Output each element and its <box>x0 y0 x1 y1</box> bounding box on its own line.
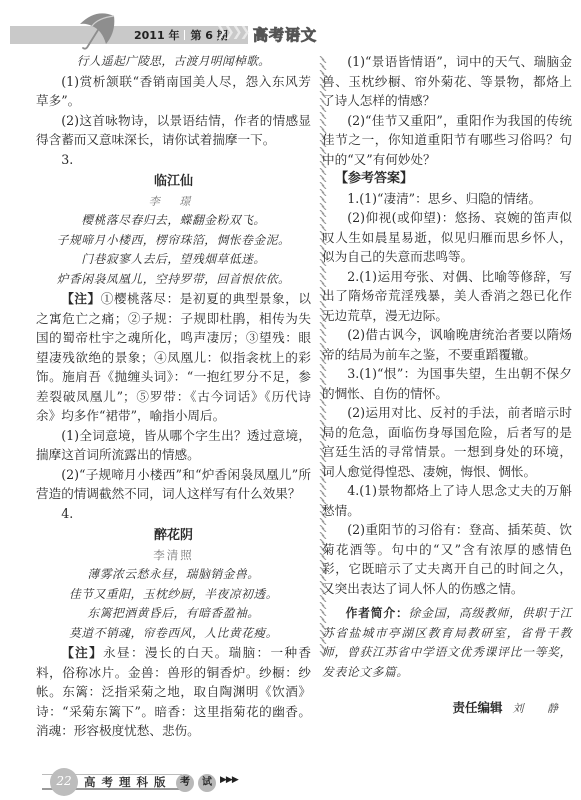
right-column: (1)“景语皆情语”，词中的天气、瑞脑金兽、玉枕纱橱、帘外菊花、等景物，都烙上了… <box>322 52 572 719</box>
poem-title: 醉花阴 <box>36 526 311 546</box>
poem-line: 莫道不销魂，帘卷西风，人比黄花瘦。 <box>36 624 311 644</box>
question-text: (2)“佳节又重阳”，重阳作为我国的传统佳节之一，你知道重阳节有哪些习俗吗？句中… <box>322 111 572 170</box>
answer-item: (2)运用对比、反衬的手法，前者暗示时局的危急，面临伤身辱国危险，后者写的是宫廷… <box>322 403 572 481</box>
question-text: (1)“景语皆情语”，词中的天气、瑞脑金兽、玉枕纱橱、帘外菊花、等景物，都烙上了… <box>322 52 572 111</box>
answer-item: (2)仰视(或仰望)：悠扬、哀婉的笛声似叹人生如晨星易逝，似见归雁而思乡怀人，似… <box>322 208 572 267</box>
poem-line: 薄雾浓云愁永昼，瑞脑销金兽。 <box>36 565 311 585</box>
note-tag: 【注】 <box>61 645 103 660</box>
answer-item: (2)借古讽今，讽喻晚唐统治者要以隋炀帝的结局为前车之鉴，不要重蹈覆辙。 <box>322 325 572 364</box>
chevrons-icon: ❯❯❯❯ <box>216 25 248 40</box>
answer-item: 4.(1)景物都烙上了诗人思念丈夫的万斛愁情。 <box>322 481 572 520</box>
answer-item: (2)重阳节的习俗有：登高、插茱萸、饮菊花酒等。句中的“又”含有浓厚的感情色彩，… <box>322 520 572 598</box>
issue-label: 2011 年第 6 期 <box>134 27 228 43</box>
magazine-title: 高考语文 <box>253 24 317 45</box>
poem-line: 佳节又重阳，玉枕纱厨，半夜凉初透。 <box>36 585 311 605</box>
badge-kao: 考 <box>176 774 194 792</box>
note-text: ①樱桃落尽：是初夏的典型景象，以之寓危亡之痛；②子规：子规即杜鹃，相传为失国的蜀… <box>36 291 311 423</box>
answer-item: 1.(1)“凄清”：思乡、归隐的情绪。 <box>322 189 572 209</box>
question-text: (2)这首咏物诗，以景语结情，作者的情感显得含蓄而又意味深长，请你试着揣摩一下。 <box>36 111 311 150</box>
issue-separator <box>184 30 185 40</box>
poem-line: 行人遥起广陵思，古渡月明闻棹歌。 <box>36 52 311 72</box>
editor-name: 刘 静 <box>513 702 569 715</box>
arrows-icon: ▶▶▶ <box>220 775 238 785</box>
issue-year: 2011 年 <box>134 29 179 42</box>
poem-title: 临江仙 <box>36 172 311 192</box>
answer-item: 3.(1)“恨”：为国事失望，生出朝不保夕的惆怅、自伤的情怀。 <box>322 364 572 403</box>
question-text: (2)“子规啼月小楼西”和“炉香闲袅凤凰儿”所营造的情调截然不同，词人这样写有什… <box>36 465 311 504</box>
poem-author: 李 璟 <box>36 192 311 212</box>
answers-heading: 【参考答案】 <box>322 169 572 189</box>
badge-shi: 试 <box>198 774 216 792</box>
question-text: (1)全词意境，皆从哪个字生出？透过意境，揣摩这首词所流露出的情感。 <box>36 426 311 465</box>
poem-line: 东篱把酒黄昏后，有暗香盈袖。 <box>36 604 311 624</box>
annotation: 【注】永昼：漫长的白天。瑞脑：一种香料，俗称冰片。金兽：兽形的铜香炉。纱橱：纱帐… <box>36 643 311 741</box>
poem-line: 炉香闲袅凤凰儿，空持罗带，回首恨依依。 <box>36 270 311 290</box>
item-number: 4. <box>36 504 311 524</box>
item-number: 3. <box>36 150 311 170</box>
left-column: 行人遥起广陵思，古渡月明闻棹歌。 (1)赏析颔联“香销南国美人尽，怨入东风芳草多… <box>36 52 311 741</box>
note-tag: 【注】 <box>61 291 101 306</box>
editor-label: 责任编辑 <box>452 700 502 715</box>
annotation: 【注】①樱桃落尽：是初夏的典型景象，以之寓危亡之痛；②子规：子规即杜鹃，相传为失… <box>36 289 311 426</box>
edition-label: 高考理科版 <box>84 774 172 790</box>
umbrella-icon <box>76 10 120 52</box>
answer-item: 2.(1)运用夸张、对偶、比喻等修辞，写出了隋炀帝荒淫残暴，美人香消之怨已化作无… <box>322 267 572 326</box>
poem-line: 门巷寂寥人去后，望残烟草低迷。 <box>36 250 311 270</box>
poem-author: 李清照 <box>36 546 311 566</box>
poem-line: 子规啼月小楼西，楞帘珠箔，惆怅卷金泥。 <box>36 231 311 251</box>
page-number: 22 <box>50 768 78 796</box>
bio-label: 作者简介： <box>346 606 409 620</box>
poem-line: 樱桃落尽春归去，蝶翻金粉双飞。 <box>36 211 311 231</box>
question-text: (1)赏析颔联“香销南国美人尽，怨入东风芳草多”。 <box>36 72 311 111</box>
editor-credit: 责任编辑刘 静 <box>322 698 572 719</box>
author-bio: 作者简介：徐金国，高级教师，供职于江苏省盐城市亭湖区教育局教研室，省骨干教师，曾… <box>322 604 572 682</box>
